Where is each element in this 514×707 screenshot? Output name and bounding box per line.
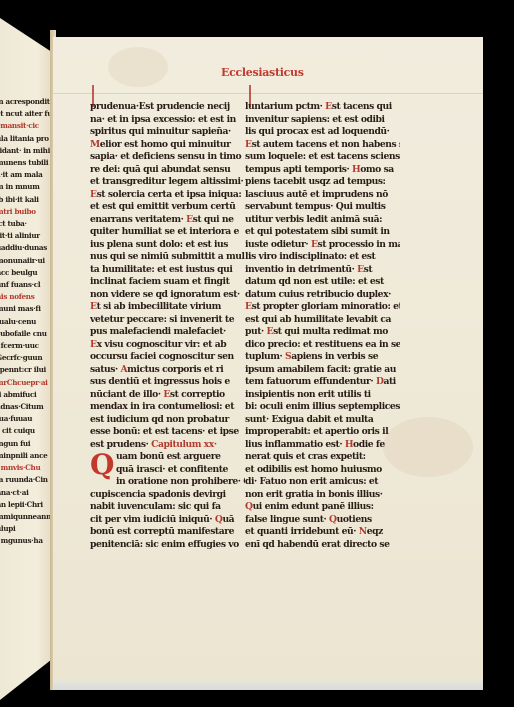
text-line: inventio in detrimentū· Est [245,264,400,277]
text-line: utitur verbis ledit animā suā: [245,214,400,227]
rubricated-capital: E [357,264,364,275]
text-line: tuplum· Sapiens in verbis se [245,351,400,364]
left-page-line: nna·ct·ai [0,487,44,499]
rubricated-capital: Q [245,501,253,512]
text-line: Melior est homo qui minuitur [90,139,245,152]
left-page-line: spennt:cr ilui [0,364,44,376]
rubricated-capital: H [345,439,353,450]
text-line: et odibilis est homo huiusmo [245,464,400,477]
left-page-line: unf fuans·cl [0,279,44,291]
rubricated-capital: S [285,351,291,362]
left-page-line: nis nofens [0,291,44,303]
left-page-line: m in mnum [0,181,44,193]
text-line: et quanti irridebunt eū· Neqz [245,526,400,539]
left-page-line: s cit cuiqu [0,425,44,437]
rubricated-capital: E [90,189,97,200]
text-line: Quam bonū est arguere [90,451,245,464]
text-line: put· Est qui multa redimat mo [245,326,400,339]
left-page-line: Gecrfc·guun [0,352,44,364]
text-line: Et si ab imbecillitate virium [90,301,245,314]
text-column-right: luntarium pctm· Est tacens quiinvenitur … [245,101,400,551]
text-line: satus· Amictus corporis et ri [90,364,245,377]
text-line: Est propter gloriam minoratio: et [245,301,400,314]
text-line: in oratione non prohibere· Con [116,476,245,489]
text-line: cupiscencia spadonis devirgi [90,489,245,502]
text-line: tem fatuorum effundentur· Dati [245,376,400,389]
left-page-line: fa ruunda·Cin [0,474,44,486]
text-line: sus dentiū et ingressus hois e [90,376,245,389]
right-page: Ecclesiasticus prudenua·Est prudencie ne… [53,37,483,690]
left-page-line: mrChcuepr·ai [0,377,44,389]
rubricated-capital: E [245,301,252,312]
text-line: iuste odietur· Est processio in ma [245,239,400,252]
text-line: occursu faciei cognoscitur sen [90,351,245,364]
left-page-line: a·it am mala [0,169,44,181]
text-line: na· et in ipsa excessio: et est in [90,114,245,127]
text-line: Qui enim edunt panē illius: [245,501,400,514]
left-page-line: munens tubili [0,157,44,169]
text-line: et est qui emittit verbum certū [90,201,245,214]
left-page-line: i mgunus·ha [0,535,44,547]
text-line: mendax in ira contumeliosi: et [90,401,245,414]
text-line: ipsum amabilem facit: gratie au [245,364,400,377]
text-line: nus qui se nimiū submittit a mul [90,251,245,264]
left-page: in acresponditet ncut aiter fuitemansit·… [0,18,52,700]
left-page-line: in acrespondit [0,96,44,108]
left-page-line: fi abmifuci [0,389,44,401]
text-line: esse bonū: et est tacens· et ipse [90,426,245,439]
text-line: bi: oculi enim illius septemplices [245,401,400,414]
rubricated-capital: E [311,239,318,250]
text-line: est qui ab humilitate levabit ca [245,314,400,327]
left-page-line: mmiqunneann [0,511,44,523]
text-line: piens tacebit usqz ad tempus: [245,176,400,189]
left-page-line: mtri buibo [0,206,44,218]
left-page-line: fua·fuuau [0,413,44,425]
text-line: datum cuius retribucio duplex· [245,289,400,302]
text-line: lis viro indisciplinato: et est [245,251,400,264]
text-line: improperabit: et apertio oris il [245,426,400,439]
text-line: servabunt tempus· Qui multis [245,201,400,214]
text-line: nerat quis et cras expetit: [245,451,400,464]
rubricated-capital: A [120,364,127,375]
text-line: lis qui procax est ad loquendū· [245,126,400,139]
text-line: sapia· et deficiens sensu in timo [90,151,245,164]
text-line: nabit iuvenculam: sic qui fa [90,501,245,514]
rubricated-capital: Q [215,514,223,525]
text-line: insipientis non erit utilis ti [245,389,400,402]
parchment-stain [108,47,168,87]
text-line: datum qd non est utile: et est [245,276,400,289]
text-line: vetetur peccare: si invenerit te [90,314,245,327]
text-line: inclinat faciem suam et fingit [90,276,245,289]
left-page-line: ncc beulgu [0,267,44,279]
left-page-line: ib ibi·it kali [0,194,44,206]
rubricated-capital: H [352,164,360,175]
text-line: Ex visu cognoscitur vir: et ab [90,339,245,352]
text-line: sunt· Exigua dabit et multa [245,414,400,427]
left-page-text: in acresponditet ncut aiter fuitemansit·… [0,96,44,548]
left-page-line: uaddiu·dunas [0,242,44,254]
left-page-line: i mnvis·Chu [0,462,44,474]
rubricated-capital: E [163,389,170,400]
rubricated-capital: N [359,526,367,537]
left-page-line: ridant· in mihi [0,145,44,157]
text-line: et qui potestatem sibi sumit in [245,226,400,239]
text-line: non erit gratia in bonis illius· [245,489,400,502]
rubricated-capital: E [325,101,332,112]
left-page-line: nn lepii·Chri [0,499,44,511]
rubricated-capital: M [90,139,100,150]
rubricated-capital: Q [329,514,337,525]
text-line: re dei: quā qui abundat sensu [90,164,245,177]
text-line: enarrans veritatem· Est qui ne [90,214,245,227]
text-line: Est solercia certa et ipsa iniqua: [90,189,245,202]
rubricated-capital: E [186,214,193,225]
rubricated-capital: E [90,301,97,312]
text-line: est prudens· Capitulum xx· [90,439,245,452]
rubricated-capital: E [267,326,274,337]
text-line: ta humilitate: et est iustus qui [90,264,245,277]
left-page-line: et ncut aiter fuit [0,108,44,120]
text-line: prudenua·Est prudencie necij [90,101,245,114]
left-page-line: tualu·cenu [0,316,44,328]
text-line: cit per vim iudiciū iniquū· Quā [90,514,245,527]
ruling-line [53,93,483,94]
left-page-line: ingun fui [0,438,44,450]
left-page-line: rit·ti aliniur [0,230,44,242]
left-page-line: minpnili ance [0,450,44,462]
left-page-line: ·ct tuba· [0,218,44,230]
left-page-line: muni mas·fi [0,303,44,315]
text-line: spiritus qui minuitur sapien̄a· [90,126,245,139]
text-line: dico precio: et restituens ea in sep [245,339,400,352]
text-line: quā irasci· et confitente [116,464,245,477]
text-line: pus malefaciendi malefaciet· [90,326,245,339]
text-line: tempus apti temporis· Homo sa [245,164,400,177]
running-head: Ecclesiasticus [221,66,304,79]
left-page-line: monunaiir·ui [0,255,44,267]
text-line: false lingue sunt· Quotiens [245,514,400,527]
text-line: penitenciā: sic enim effugies vo [90,539,245,552]
text-line: enī qd habendū erat directo se [245,539,400,552]
text-column-left: prudenua·Est prudencie necijna· et in ip… [90,101,245,551]
left-page-line: i fcerm·uuc [0,340,44,352]
text-line: ius plena sunt dolo: et est ius [90,239,245,252]
rubricated-capital: E [245,139,252,150]
left-page-line: ula litania pro [0,133,44,145]
rubricated-capital: E [90,339,97,350]
left-page-line: adnas·Citum [0,401,44,413]
decorated-initial: Q [90,452,114,478]
text-line: di· Fatuo non erit amicus: et [245,476,400,489]
left-page-line: ulupi [0,523,44,535]
text-line: est iudicium qd non probatur [90,414,245,427]
text-line: sum loquele: et est tacens sciens [245,151,400,164]
text-line: luntarium pctm· Est tacens qui [245,101,400,114]
left-page-line: cubofaile cnu [0,328,44,340]
text-line: non videre se qd ignoratum est· [90,289,245,302]
text-line: lius inflammatio est· Hodie fe [245,439,400,452]
chapter-heading: Capitulum xx· [151,439,217,450]
left-page-line: emansit·cic [0,120,44,132]
text-line: quiter humiliat se et interiora e [90,226,245,239]
rubricated-capital: D [376,376,384,387]
text-line: bonū est correptū manifestare [90,526,245,539]
text-line: nūciant de illo· Est correptio [90,389,245,402]
text-line: lasciuus autē et imprudens nō [245,189,400,202]
text-line: et transgreditur legem altissimi· [90,176,245,189]
text-line: invenitur sapiens: et est odibi [245,114,400,127]
text-line: Est autem tacens et non habens sen [245,139,400,152]
